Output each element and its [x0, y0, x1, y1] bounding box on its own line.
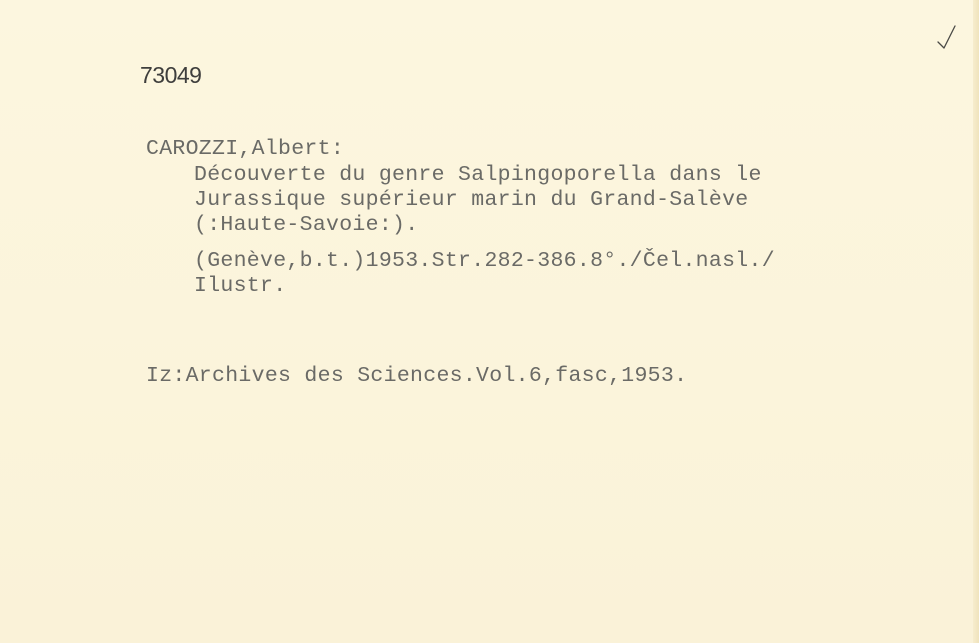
imprint-line-2: Ilustr.	[194, 274, 286, 298]
imprint-line-1: (Genève,b.t.)1953.Str.282-386.8°./Čel.na…	[194, 249, 775, 273]
author: CAROZZI,Albert:	[146, 137, 344, 161]
title-line-1: Découverte du genre Salpingoporella dans…	[194, 163, 762, 187]
source-note: Iz:Archives des Sciences.Vol.6,fasc,1953…	[146, 364, 687, 388]
check-mark-icon	[935, 22, 959, 54]
title-line-2: Jurassique supérieur marin du Grand-Salè…	[194, 188, 749, 212]
card-number: 73049	[140, 62, 201, 89]
card-edge	[973, 0, 979, 643]
catalog-card: 73049 CAROZZI,Albert: Découverte du genr…	[0, 0, 979, 643]
title-line-3: (:Haute-Savoie:).	[194, 213, 418, 237]
